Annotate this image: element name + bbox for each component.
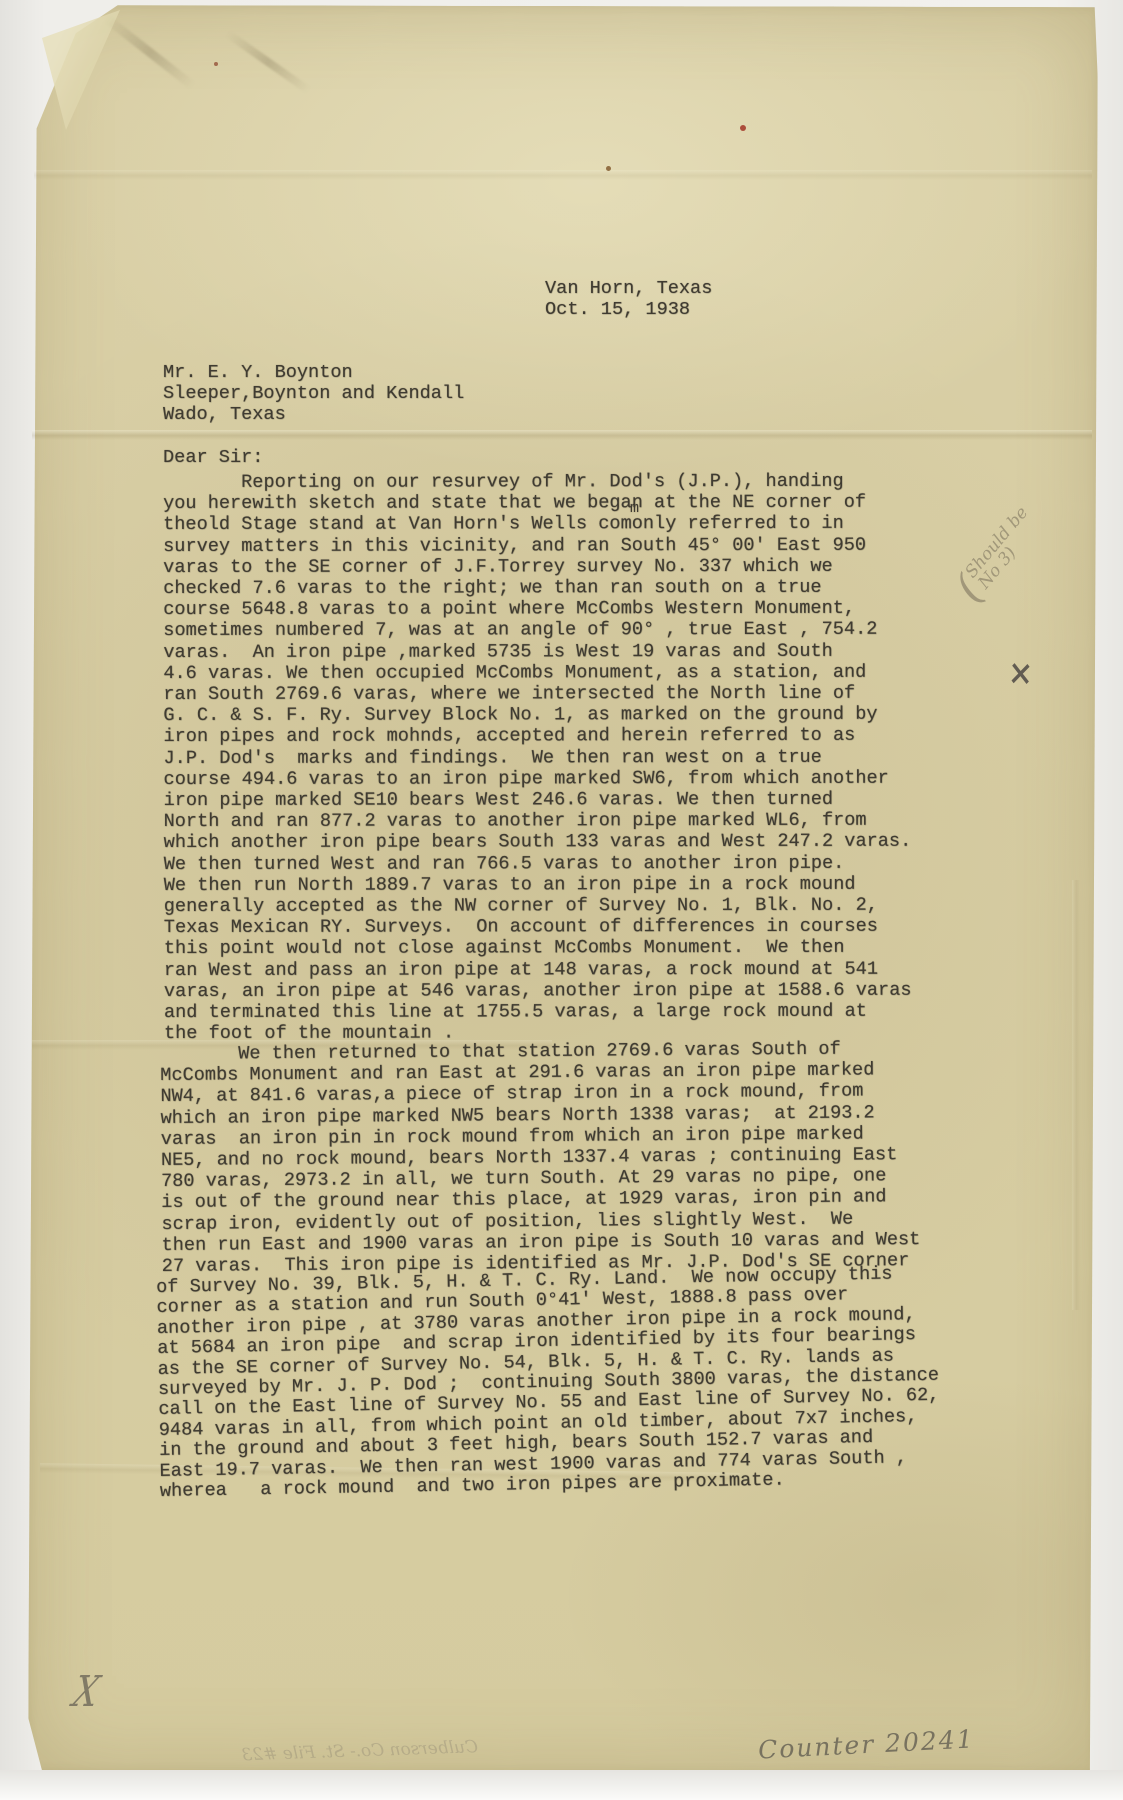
recipient-name: Mr. E. Y. Boynton xyxy=(163,362,353,383)
letter-body-paragraph-2b: of Survey No. 39, Blk. 5, H. & T. C. Ry.… xyxy=(156,1264,941,1503)
letter-body-paragraph-2a: We then returned to that station 2769.6 … xyxy=(160,1038,921,1277)
typed-correction-m: m xyxy=(630,500,639,517)
dateline-city: Van Horn, Texas xyxy=(545,278,712,299)
recipient-firm: Sleeper,Boynton and Kendall xyxy=(163,383,464,404)
scanned-letter-page: Van Horn, Texas Oct. 15, 1938 Mr. E. Y. … xyxy=(0,0,1123,1800)
recipient-city: Wado, Texas xyxy=(163,404,286,425)
salutation: Dear Sir: xyxy=(163,447,263,468)
dateline-date: Oct. 15, 1938 xyxy=(545,299,690,320)
letter-body-paragraph-1: Reporting on our resurvey of Mr. Dod's (… xyxy=(163,471,912,1045)
